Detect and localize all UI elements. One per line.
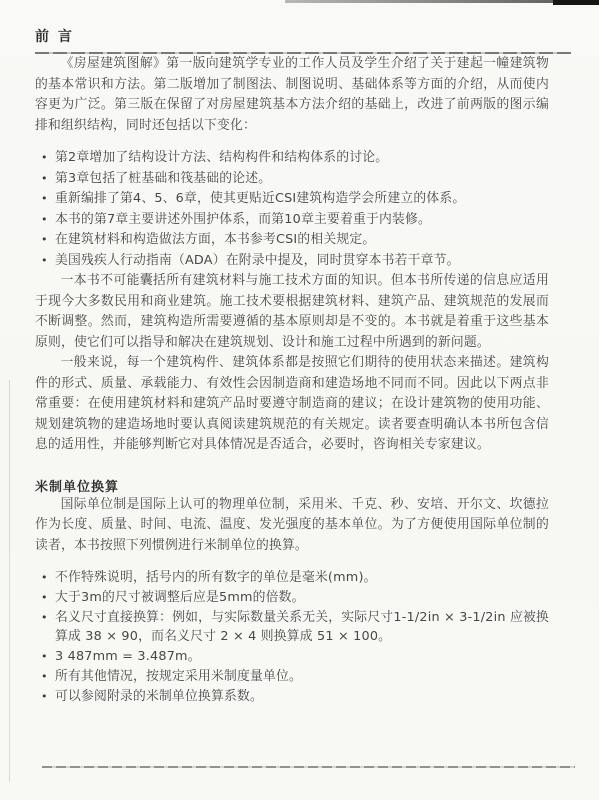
list-item: •重新编排了第4、5、6章，使其更贴近CSI建筑构造学会所建立的体系。 <box>41 189 549 210</box>
list-item: •在建筑材料和构造做法方面，本书参考CSI的相关规定。 <box>41 230 549 251</box>
scanned-page: 前 言 《房屋建筑图解》第一版向建筑学专业的工作人员及学生介绍了关于建起一幢建筑… <box>0 0 599 800</box>
bullet-icon: • <box>41 647 55 666</box>
list-item: •不作特殊说明，括号内的所有数字的单位是毫米(mm)。 <box>41 568 549 587</box>
list-item-text: 重新编排了第4、5、6章，使其更贴近CSI建筑构造学会所建立的体系。 <box>55 189 549 210</box>
bullet-icon: • <box>41 588 55 607</box>
footer-divider <box>42 766 575 768</box>
list-item: •所有其他情况，按规定采用米制度量单位。 <box>41 667 549 686</box>
changes-bullet-list: •第2章增加了结构设计方法、结构构件和结构体系的讨论。 •第3章包括了桩基础和筏… <box>35 148 549 271</box>
list-item: •可以参阅附录的米制单位换算系数。 <box>41 687 549 706</box>
list-item-text: 不作特殊说明，括号内的所有数字的单位是毫米(mm)。 <box>55 568 549 587</box>
bullet-icon: • <box>41 169 55 190</box>
list-item-text: 3 487mm = 3.487m。 <box>55 647 549 666</box>
list-item-text: 第3章包括了桩基础和筏基础的论述。 <box>55 169 549 190</box>
metric-rules-bullet-list: •不作特殊说明，括号内的所有数字的单位是毫米(mm)。 •大于3m的尺寸被调整后… <box>35 568 549 706</box>
bullet-icon: • <box>41 230 55 251</box>
section-title-metric: 米制单位换算 <box>35 476 549 495</box>
title-divider <box>35 52 571 54</box>
list-item: •名义尺寸直接换算：例如，与实际数量关系无关，实际尺寸1-1/2in × 3-1… <box>41 608 549 646</box>
list-item-text: 名义尺寸直接换算：例如，与实际数量关系无关，实际尺寸1-1/2in × 3-1/… <box>55 608 549 646</box>
bullet-icon: • <box>41 608 55 627</box>
list-item: •第2章增加了结构设计方法、结构构件和结构体系的讨论。 <box>41 148 549 169</box>
list-item-text: 大于3m的尺寸被调整后应是5mm的倍数。 <box>55 588 549 607</box>
list-item-text: 第2章增加了结构设计方法、结构构件和结构体系的讨论。 <box>55 148 549 169</box>
paragraph-materials: 一本书不可能囊括所有建筑材料与施工技术方面的知识。但本书所传递的信息应适用于现今… <box>35 271 549 353</box>
scan-artifact-top-corner <box>553 0 599 5</box>
bullet-icon: • <box>41 687 55 706</box>
list-item: •美国残疾人行动指南（ADA）在附录中提及，同时贯穿本书若干章节。 <box>41 251 549 272</box>
list-item-text: 所有其他情况，按规定采用米制度量单位。 <box>55 667 549 686</box>
bullet-icon: • <box>41 189 55 210</box>
bullet-icon: • <box>41 667 55 686</box>
page-content: 前 言 《房屋建筑图解》第一版向建筑学专业的工作人员及学生介绍了关于建起一幢建筑… <box>35 0 549 707</box>
list-item-text: 美国残疾人行动指南（ADA）在附录中提及，同时贯穿本书若干章节。 <box>55 251 549 272</box>
bullet-icon: • <box>41 210 55 231</box>
list-item-text: 本书的第7章主要讲述外围护体系，而第10章主要着重于内装修。 <box>55 210 549 231</box>
bullet-icon: • <box>41 568 55 587</box>
list-item: •本书的第7章主要讲述外围护体系，而第10章主要着重于内装修。 <box>41 210 549 231</box>
list-item: •3 487mm = 3.487m。 <box>41 647 549 666</box>
bullet-icon: • <box>41 251 55 272</box>
list-item-text: 可以参阅附录的米制单位换算系数。 <box>55 687 549 706</box>
bullet-icon: • <box>41 148 55 169</box>
list-item: •大于3m的尺寸被调整后应是5mm的倍数。 <box>41 588 549 607</box>
metric-intro-paragraph: 国际单位制是国际上认可的物理单位制，采用米、千克、秒、安培、开尔文、坎德拉作为长… <box>35 495 549 557</box>
paragraph-usage: 一般来说，每一个建筑构件、建筑体系都是按照它们期待的使用状态来描述。建筑构件的形… <box>35 353 549 456</box>
scan-artifact-left-line <box>9 380 10 782</box>
list-item: •第3章包括了桩基础和筏基础的论述。 <box>41 169 549 190</box>
list-item-text: 在建筑材料和构造做法方面，本书参考CSI的相关规定。 <box>55 230 549 251</box>
intro-paragraph: 《房屋建筑图解》第一版向建筑学专业的工作人员及学生介绍了关于建起一幢建筑物的基本… <box>35 54 549 136</box>
page-title: 前 言 <box>35 26 549 46</box>
